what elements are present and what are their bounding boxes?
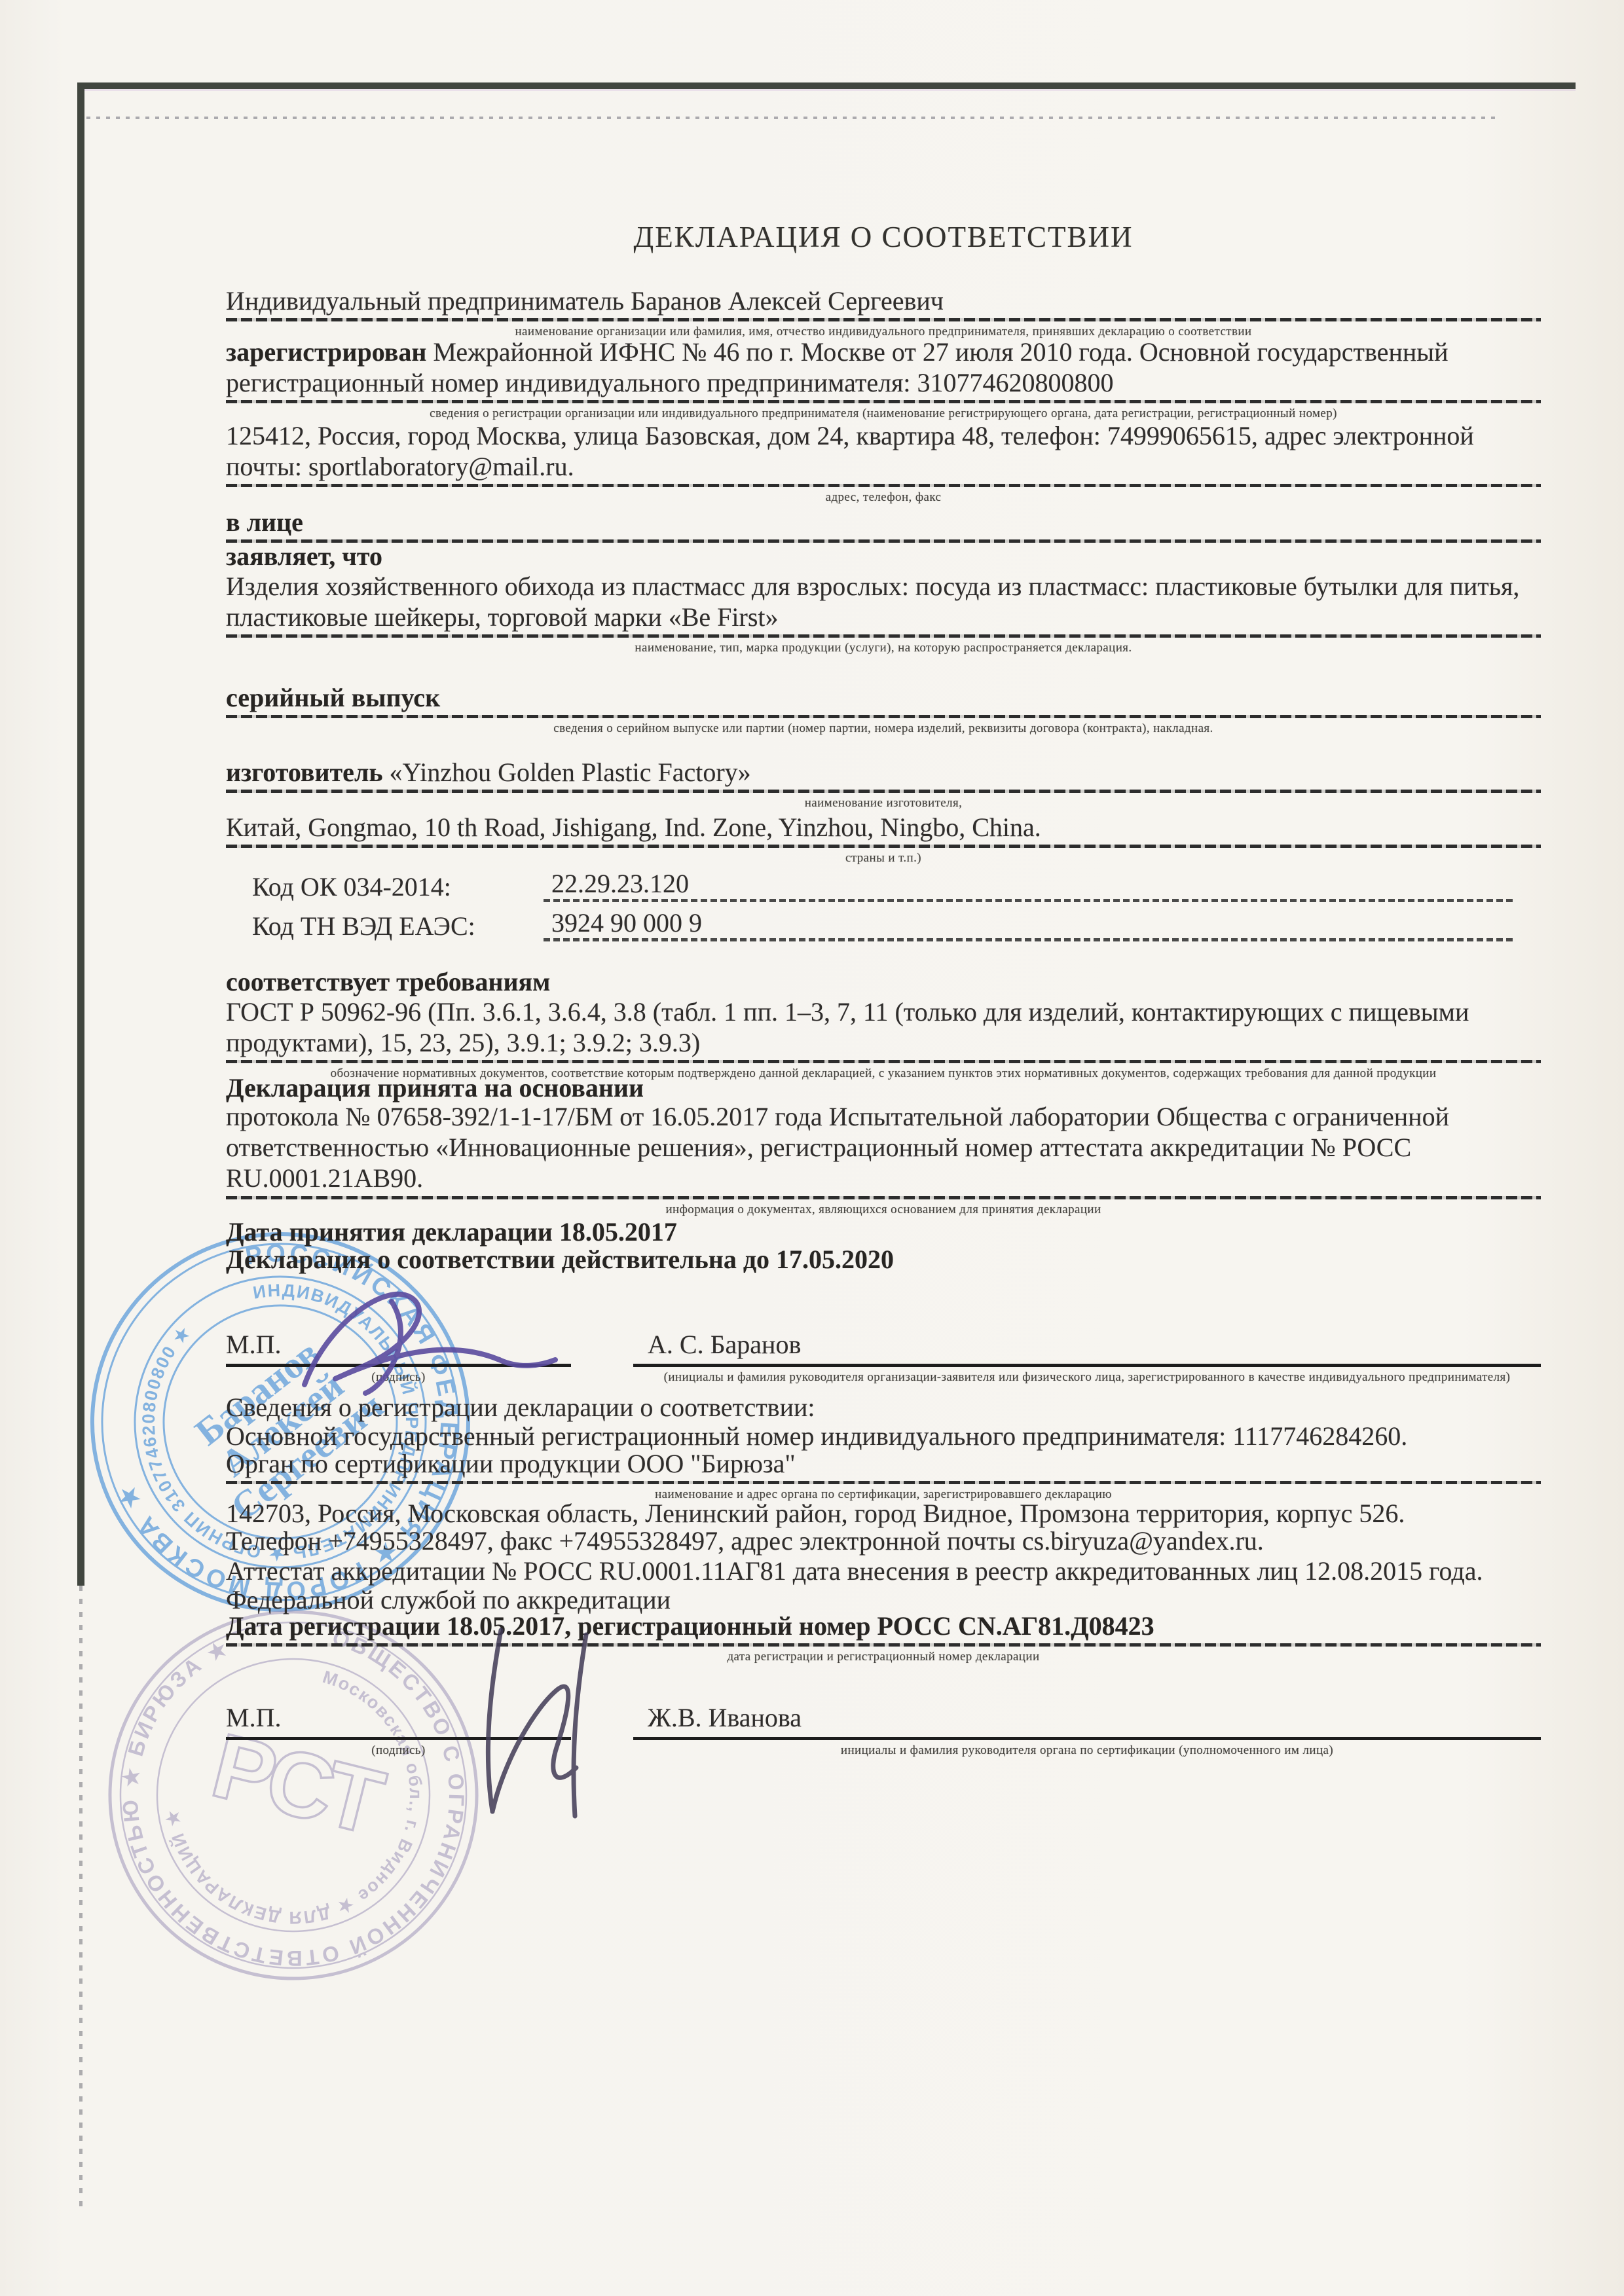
basis-text: протокола № 07658-392/1-1-17/БМ от 16.05… — [226, 1101, 1541, 1194]
signature-line — [633, 1737, 1541, 1740]
conforms-label-row: соответствует требованиям — [226, 966, 1541, 997]
reg-ogrnip: Основной государственный регистрационный… — [226, 1421, 1541, 1451]
scan-border-left-fade — [79, 1586, 83, 2214]
conforms-text: ГОСТ Р 50962-96 (Пп. 3.6.1, 3.6.4, 3.8 (… — [226, 996, 1541, 1058]
reg-contacts: Телефон +74955328497, факс +74955328497,… — [226, 1525, 1541, 1556]
serial-label: серийный выпуск — [226, 682, 1541, 713]
reg-date-caption: дата регистрации и регистрационный номер… — [226, 1649, 1541, 1665]
code-tnved-label: Код ТН ВЭД ЕАЭС: — [252, 911, 544, 941]
signer-name: Ж.В. Иванова — [633, 1702, 1541, 1733]
reg-body: Орган по сертификации продукции ООО "Бир… — [226, 1448, 1541, 1479]
reg-contacts-row: Телефон +74955328497, факс +74955328497,… — [226, 1525, 1541, 1556]
conforms-field: ГОСТ Р 50962-96 (Пп. 3.6.1, 3.6.4, 3.8 (… — [226, 996, 1541, 1082]
manufacturer-line: изготовитель «Yinzhou Golden Plastic Fac… — [226, 757, 1541, 788]
serial-field: серийный выпуск сведения о серийном выпу… — [226, 682, 1541, 737]
in-person-field: в лице — [226, 507, 1541, 543]
scan-dotted-line — [86, 117, 1501, 119]
serial-caption: сведения о серийном выпуске или партии (… — [226, 721, 1541, 737]
basis-label-row: Декларация принята на основании — [226, 1072, 1541, 1103]
manufacturer-caption: наименование изготовителя, — [226, 795, 1541, 811]
adoption-date: Дата принятия декларации 18.05.2017 — [226, 1216, 1541, 1247]
adoption-date-row: Дата принятия декларации 18.05.2017 — [226, 1216, 1541, 1247]
dashed-rule — [226, 1196, 1541, 1199]
in-person-label: в лице — [226, 507, 1541, 538]
registration-authority-field: зарегистрирован Межрайонной ИФНС № 46 по… — [226, 337, 1541, 422]
manufacturer-label: изготовитель — [226, 757, 383, 787]
dashed-rule — [226, 1481, 1541, 1484]
signer-name-caption: инициалы и фамилия руководителя органа п… — [633, 1743, 1541, 1758]
code-tnved-value: 3924 90 000 9 — [544, 907, 1513, 941]
registered-label: зарегистрирован — [226, 337, 426, 367]
dashed-rule — [226, 715, 1541, 718]
signer-name-column: А. С. Баранов (инициалы и фамилия руково… — [633, 1329, 1541, 1385]
dashed-rule — [226, 484, 1541, 487]
reg-ogrnip-row: Основной государственный регистрационный… — [226, 1421, 1541, 1451]
basis-label: Декларация принята на основании — [226, 1072, 1541, 1103]
manufacturer-address-caption: страны и т.п.) — [226, 850, 1541, 866]
product-field: Изделия хозяйственного обихода из пластм… — [226, 571, 1541, 656]
product-description: Изделия хозяйственного обихода из пластм… — [226, 571, 1541, 632]
reg-address-row: 142703, Россия, Московская область, Лени… — [226, 1498, 1541, 1529]
reg-date-field: Дата регистрации 18.05.2017, регистрацио… — [226, 1611, 1541, 1665]
scan-border-top — [79, 82, 1576, 89]
signer-name-column: Ж.В. Иванова инициалы и фамилия руководи… — [633, 1702, 1541, 1758]
reg-date-line: Дата регистрации 18.05.2017, регистрацио… — [226, 1611, 1541, 1641]
address-caption: адрес, телефон, факс — [226, 490, 1541, 505]
applicant-name: Индивидуальный предприниматель Баранов А… — [226, 285, 1541, 316]
registration-authority-text: зарегистрирован Межрайонной ИФНС № 46 по… — [226, 337, 1541, 398]
dashed-rule — [226, 318, 1541, 321]
manufacturer-name: «Yinzhou Golden Plastic Factory» — [383, 757, 751, 787]
basis-caption: информация о документах, являющихся осно… — [226, 1202, 1541, 1218]
reg-body-field: Орган по сертификации продукции ООО "Бир… — [226, 1448, 1541, 1503]
dashed-rule — [226, 1060, 1541, 1063]
signature-line — [633, 1364, 1541, 1367]
code-row-ok: Код ОК 034-2014: 22.29.23.120 — [252, 868, 1513, 902]
applicant-address-field: 125412, Россия, город Москва, улица Базо… — [226, 420, 1541, 505]
declares-label-row: заявляет, что — [226, 541, 1541, 572]
dashed-rule — [226, 400, 1541, 403]
manufacturer-address-field: Китай, Gongmao, 10 th Road, Jishigang, I… — [226, 812, 1541, 866]
document-page: ДЕКЛАРАЦИЯ О СООТВЕТСТВИИ Индивидуальный… — [0, 0, 1624, 2296]
reg-attestation: Аттестат аккредитации № РОСС RU.0001.11А… — [226, 1556, 1541, 1586]
reg-address: 142703, Россия, Московская область, Лени… — [226, 1498, 1541, 1529]
document-title: ДЕКЛАРАЦИЯ О СООТВЕТСТВИИ — [226, 220, 1541, 254]
code-ok-value: 22.29.23.120 — [544, 868, 1513, 902]
dashed-rule — [226, 845, 1541, 848]
applicant-address: 125412, Россия, город Москва, улица Базо… — [226, 420, 1541, 482]
product-caption: наименование, тип, марка продукции (услу… — [226, 640, 1541, 656]
certbody-signature — [452, 1612, 622, 1828]
basis-field: протокола № 07658-392/1-1-17/БМ от 16.05… — [226, 1101, 1541, 1217]
dashed-rule — [226, 1643, 1541, 1647]
manufacturer-field: изготовитель «Yinzhou Golden Plastic Fac… — [226, 757, 1541, 811]
signature-block-certbody: М.П. (подпись) Ж.В. Иванова инициалы и ф… — [226, 1702, 1541, 1758]
conforms-label: соответствует требованиям — [226, 966, 1541, 997]
code-row-tnved: Код ТН ВЭД ЕАЭС: 3924 90 000 9 — [252, 907, 1513, 941]
dashed-rule — [226, 634, 1541, 638]
signature-row: М.П. (подпись) Ж.В. Иванова инициалы и ф… — [226, 1702, 1541, 1758]
codes-block: Код ОК 034-2014: 22.29.23.120 Код ТН ВЭД… — [252, 868, 1513, 947]
applicant-field: Индивидуальный предприниматель Баранов А… — [226, 285, 1541, 340]
code-ok-label: Код ОК 034-2014: — [252, 871, 544, 902]
signer-name: А. С. Баранов — [633, 1329, 1541, 1360]
dashed-rule — [226, 790, 1541, 793]
registered-caption: сведения о регистрации организации или и… — [226, 406, 1541, 422]
manufacturer-address: Китай, Gongmao, 10 th Road, Jishigang, I… — [226, 812, 1541, 843]
applicant-signature — [282, 1264, 563, 1414]
signer-name-caption: (инициалы и фамилия руководителя организ… — [633, 1370, 1541, 1385]
declares-label: заявляет, что — [226, 541, 1541, 572]
reg-attestation-row: Аттестат аккредитации № РОСС RU.0001.11А… — [226, 1556, 1541, 1586]
